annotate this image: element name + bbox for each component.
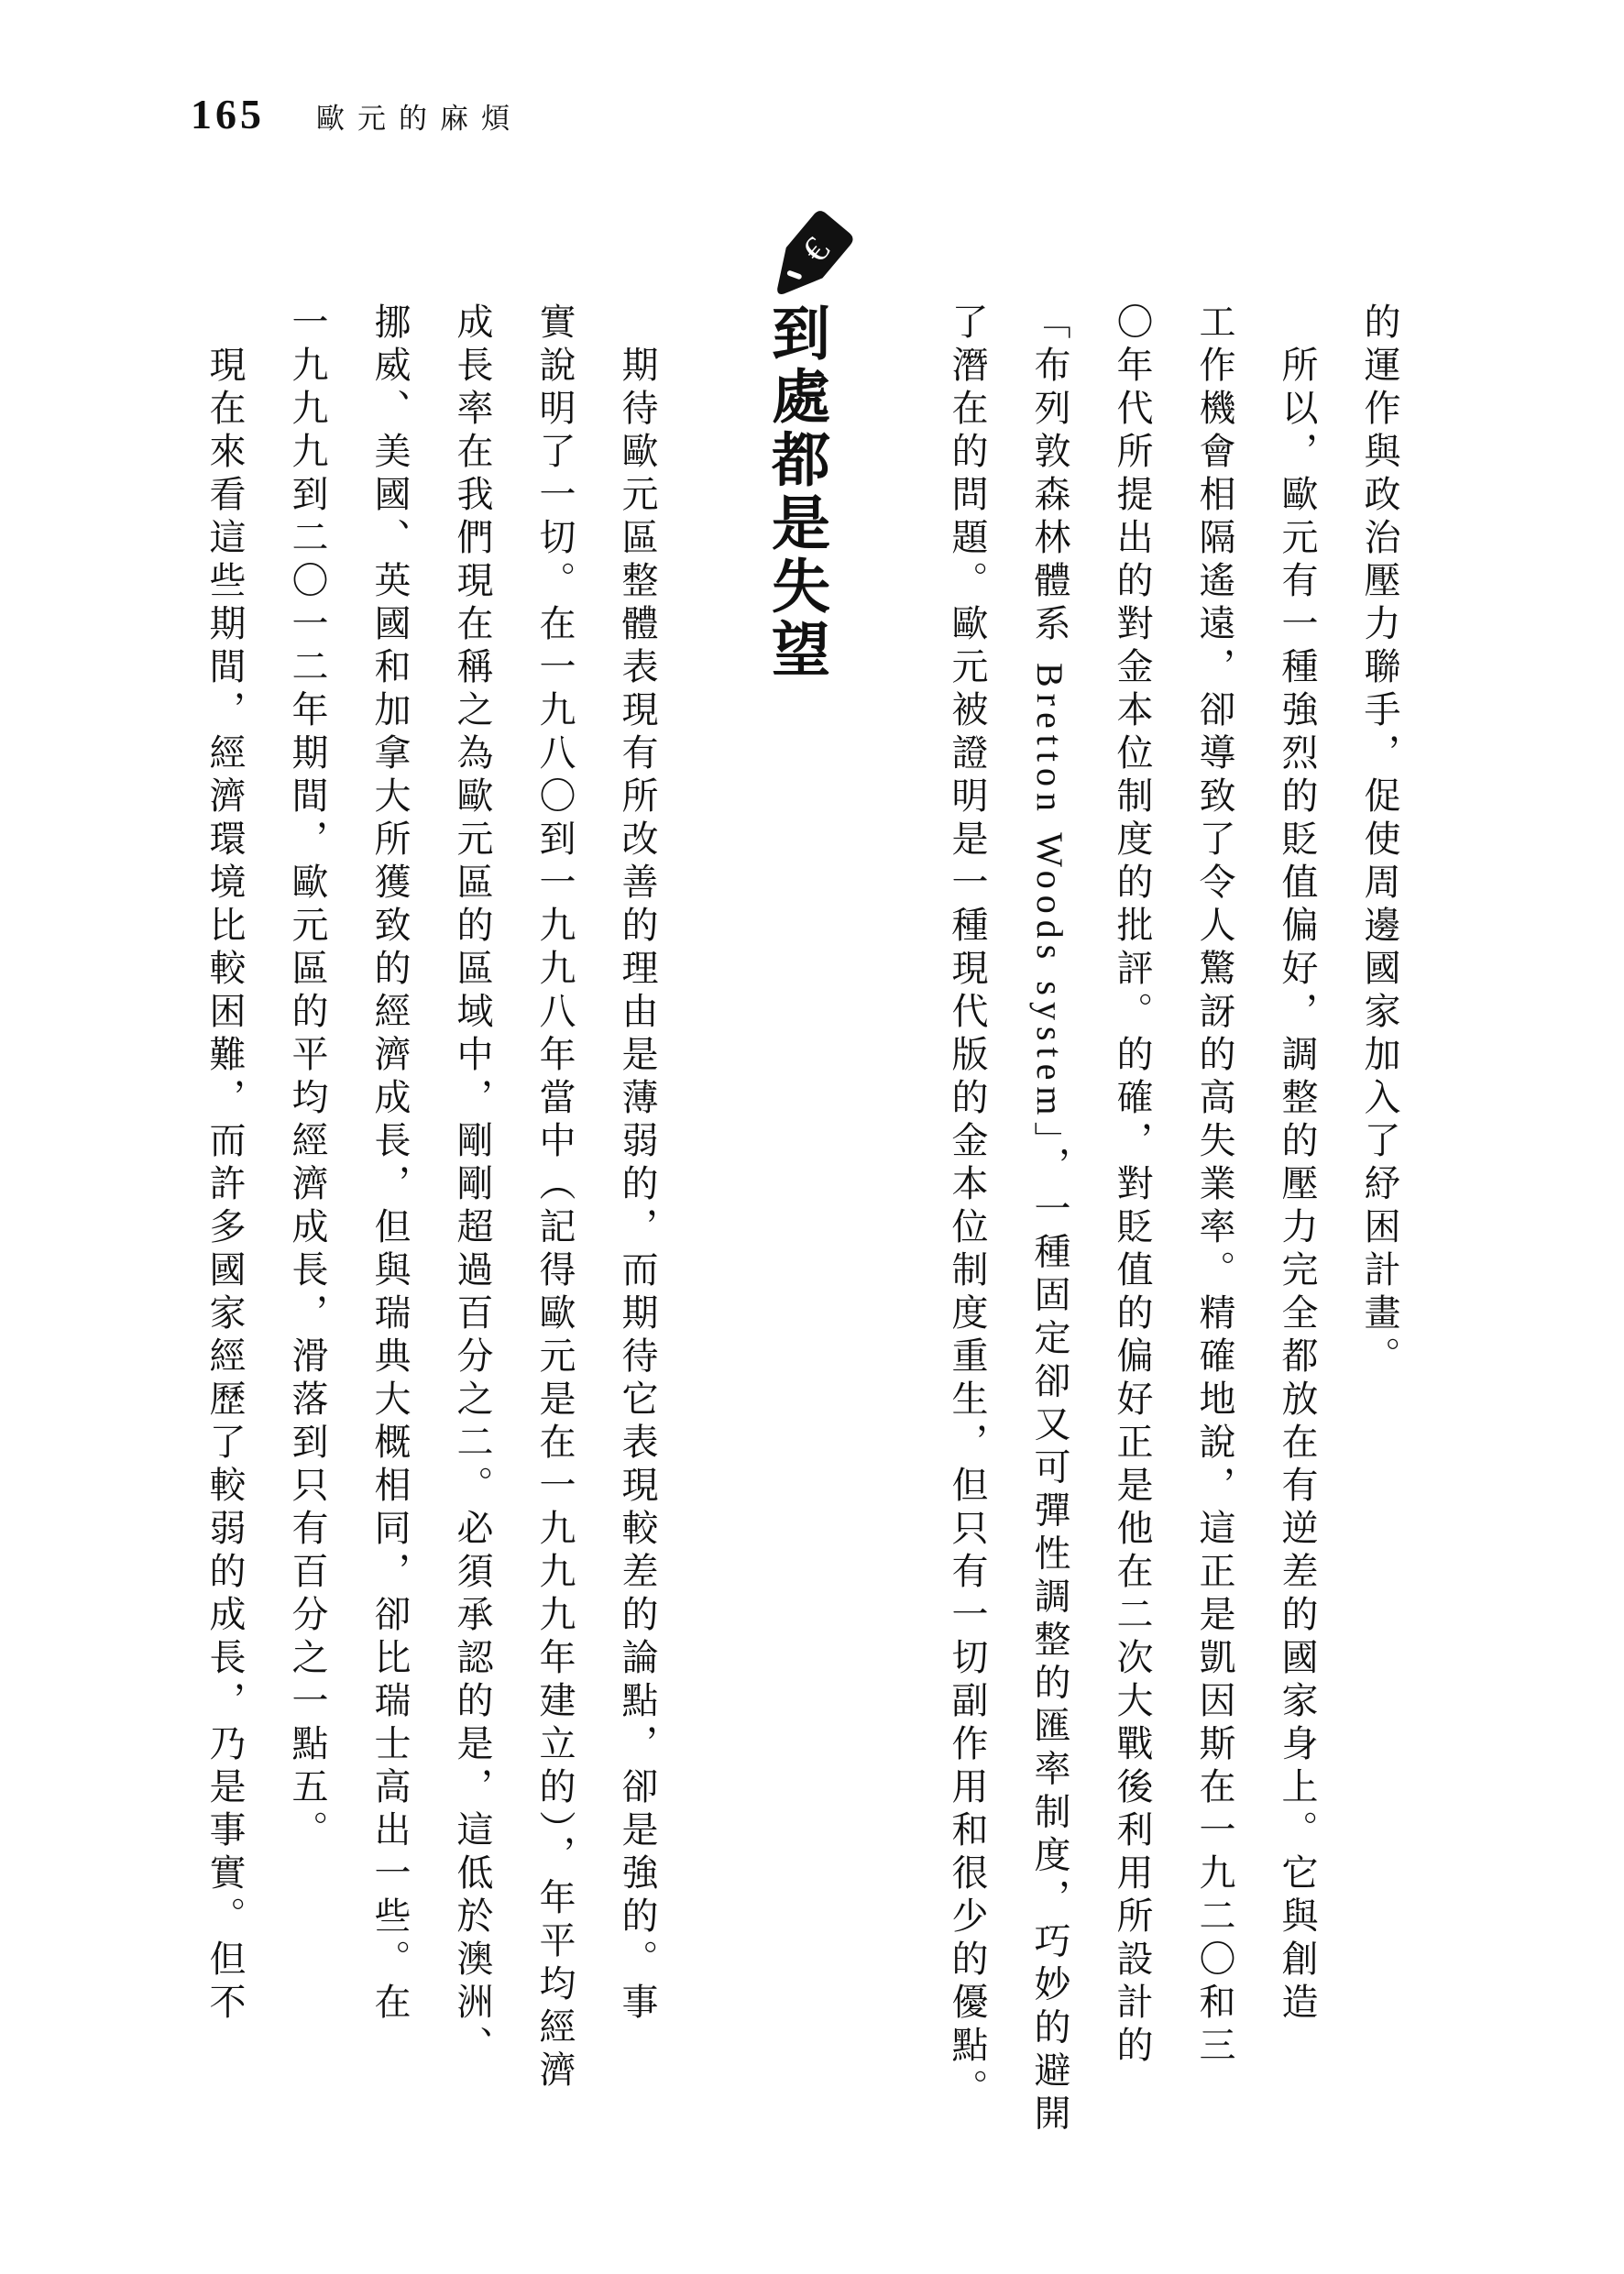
text-column: 〇年代所提出的對金本位制度的批評。的確，對貶值的偏好正是他在二次大戰後利用所設計…	[1091, 302, 1173, 2209]
price-tag-shape: €	[752, 200, 864, 316]
body-text: 的運作與政治壓力聯手，促使周邊國家加入了紓困計畫。 所以，歐元有一種強烈的貶值偏…	[183, 302, 1421, 2209]
text-column: 了潛在的問題。歐元被證明是一種現代版的金本位制度重生，但只有一切副作用和很少的優…	[926, 302, 1008, 2209]
page-number: 165	[191, 90, 265, 138]
text-column: 實說明了一切。在一九八〇到一九九八年當中（記得歐元是在一九九九年建立的），年平均…	[513, 302, 596, 2209]
text-column: 所以，歐元有一種強烈的貶值偏好，調整的壓力完全都放在有逆差的國家身上。它與創造	[1256, 302, 1338, 2209]
section-heading: 到處都是失望	[752, 302, 841, 2209]
text-column: 挪威、美國、英國和加拿大所獲致的經濟成長，但與瑞典大概相同，卻比瑞士高出一些。在	[348, 302, 431, 2209]
chapter-title: 歐元的麻煩	[316, 95, 522, 137]
text-column: 工作機會相隔遙遠，卻導致了令人驚訝的高失業率。精確地說，這正是凱因斯在一九二〇和…	[1173, 302, 1256, 2209]
page-header: 165 歐元的麻煩	[191, 90, 522, 138]
text-column: 現在來看這些期間，經濟環境比較困難，而許多國家經歷了較弱的成長，乃是事實。但不	[183, 302, 266, 2209]
text-column: 成長率在我們現在稱之為歐元區的區域中，剛剛超過百分之二。必須承認的是，這低於澳洲…	[431, 302, 513, 2209]
text-column: 期待歐元區整體表現有所改善的理由是薄弱的，而期待它表現較差的論點，卻是強的。事	[596, 302, 678, 2209]
text-column: 「布列敦森林體系 Bretton Woods system」，一種固定卻又可彈性…	[1008, 302, 1091, 2209]
text-column: 的運作與政治壓力聯手，促使周邊國家加入了紓困計畫。	[1338, 302, 1421, 2209]
text-column: 一九九九到二〇一二年期間，歐元區的平均經濟成長，滑落到只有百分之一點五。	[266, 302, 348, 2209]
